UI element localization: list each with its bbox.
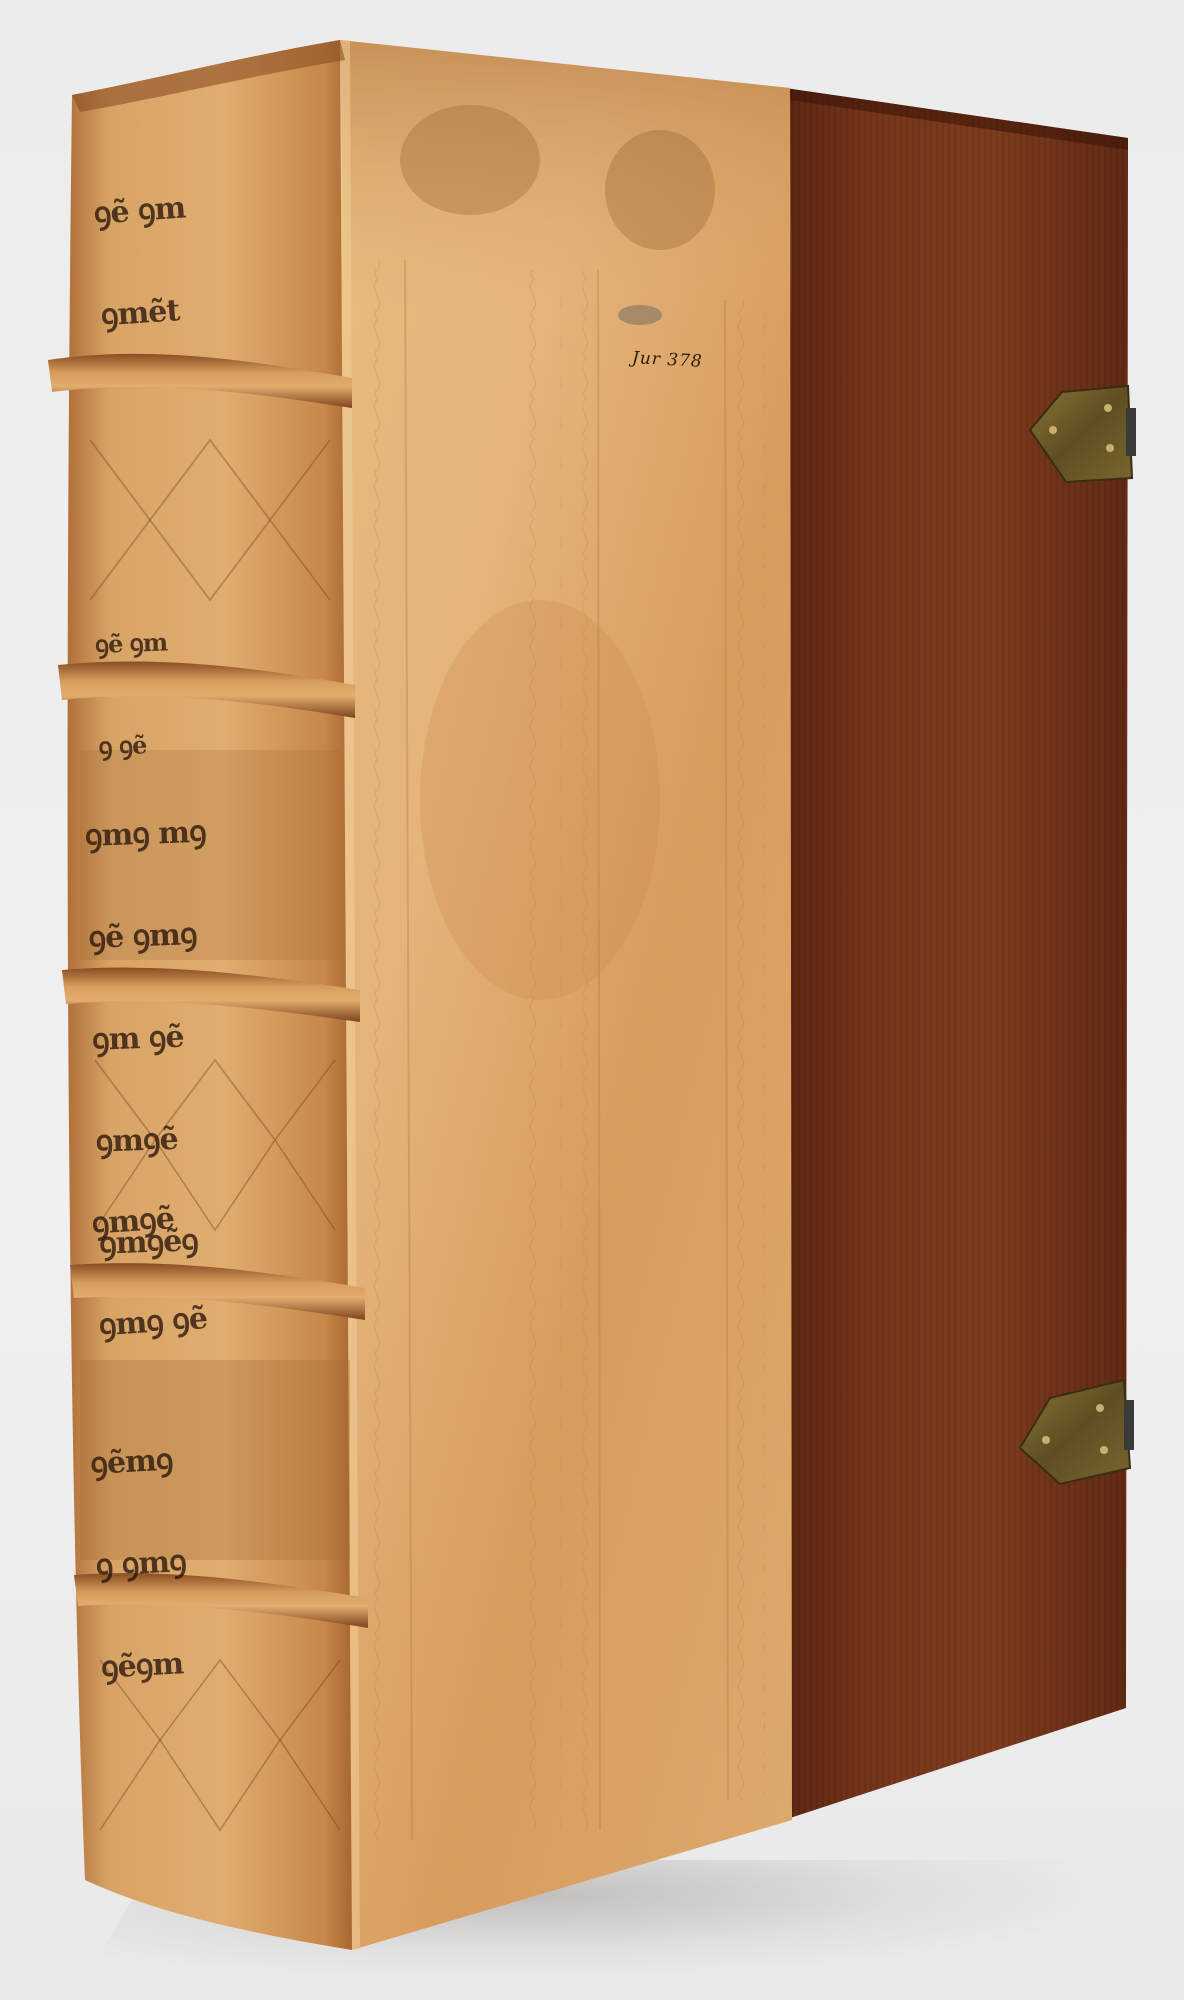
spine-line: ꝯ ꝯmꝯ (95, 1545, 187, 1584)
spine-line: ꝯẽ ꝯm (93, 191, 187, 231)
spine-lettering-panel-4: ꝯmꝯẽ ꝯmꝯ ꝯẽ (86, 1132, 213, 1411)
spine-line: ꝯmꝯ mꝯ (84, 816, 206, 854)
spine-line: ꝯẽ ꝯmꝯ (88, 918, 210, 956)
spine-line: ꝯẽꝯm (100, 1647, 192, 1686)
book-photo: ꝯẽ ꝯm ꝯmẽt ꝯẽ ꝯm ꝯ ꝯẽ ꝯmꝯ mꝯ ꝯẽ ꝯmꝯ ꝯm ꝯ… (0, 0, 1184, 2000)
spine-line: ꝯmꝯ ꝯẽ (98, 1302, 208, 1343)
shelfmark-label: Jur 378 (632, 348, 704, 372)
spine-lettering-panel-1: ꝯẽ ꝯm ꝯmẽt (88, 124, 198, 402)
wood-board (785, 88, 1128, 1818)
spine-line: ꝯẽ ꝯm (94, 625, 167, 661)
vellum-side (340, 40, 792, 1950)
spine-line: ꝯm ꝯẽ (91, 1020, 213, 1058)
spine-line: ꝯmꝯẽ (91, 1200, 201, 1241)
spine-line: ꝯẽmꝯ (90, 1443, 182, 1482)
spine-line: ꝯmẽt (100, 293, 194, 333)
